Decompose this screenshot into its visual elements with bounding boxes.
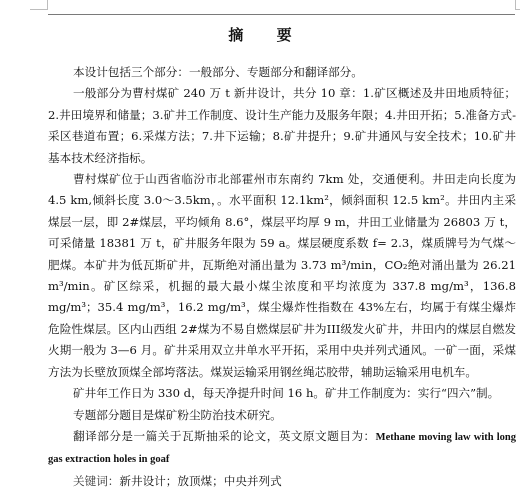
paragraph-work-schedule: 矿井年工作日为 330 d，每天净提升时间 16 h。矿井工作制度为：实行“四六…: [48, 383, 516, 404]
abstract-body: 本设计包括三个部分：一般部分、专题部分和翻译部分。 一般部分为曹村煤矿 240 …: [48, 62, 516, 492]
keywords-value: 新井设计；放顶煤；中央并列式: [119, 474, 281, 488]
paragraph-translation: 翻译部分是一篇关于瓦斯抽采的论文，英文原文题目为：Methane moving …: [48, 426, 516, 471]
keywords-label: 关键词：: [73, 474, 119, 488]
abstract-title: 摘 要: [0, 24, 520, 45]
paragraph-special-topic: 专题部分题目是煤矿粉尘防治技术研究。: [48, 405, 516, 426]
paragraph-general-part: 一般部分为曹村煤矿 240 万 t 新井设计，共分 10 章：1.矿区概述及井田…: [48, 83, 516, 169]
paragraph-mine-description: 曹村煤矿位于山西省临汾市北部霍州市东南约 7km 处，交通便利。井田走向长度为 …: [48, 169, 516, 383]
keywords-line: 关键词：新井设计；放顶煤；中央并列式: [48, 471, 516, 492]
paragraph-overview: 本设计包括三个部分：一般部分、专题部分和翻译部分。: [48, 62, 516, 83]
page-corner-mark-left: [30, 0, 48, 10]
translation-intro: 翻译部分是一篇关于瓦斯抽采的论文，英文原文题目为：: [73, 429, 376, 443]
page-corner-mark-right: [515, 0, 520, 10]
header-rule: [48, 14, 515, 15]
